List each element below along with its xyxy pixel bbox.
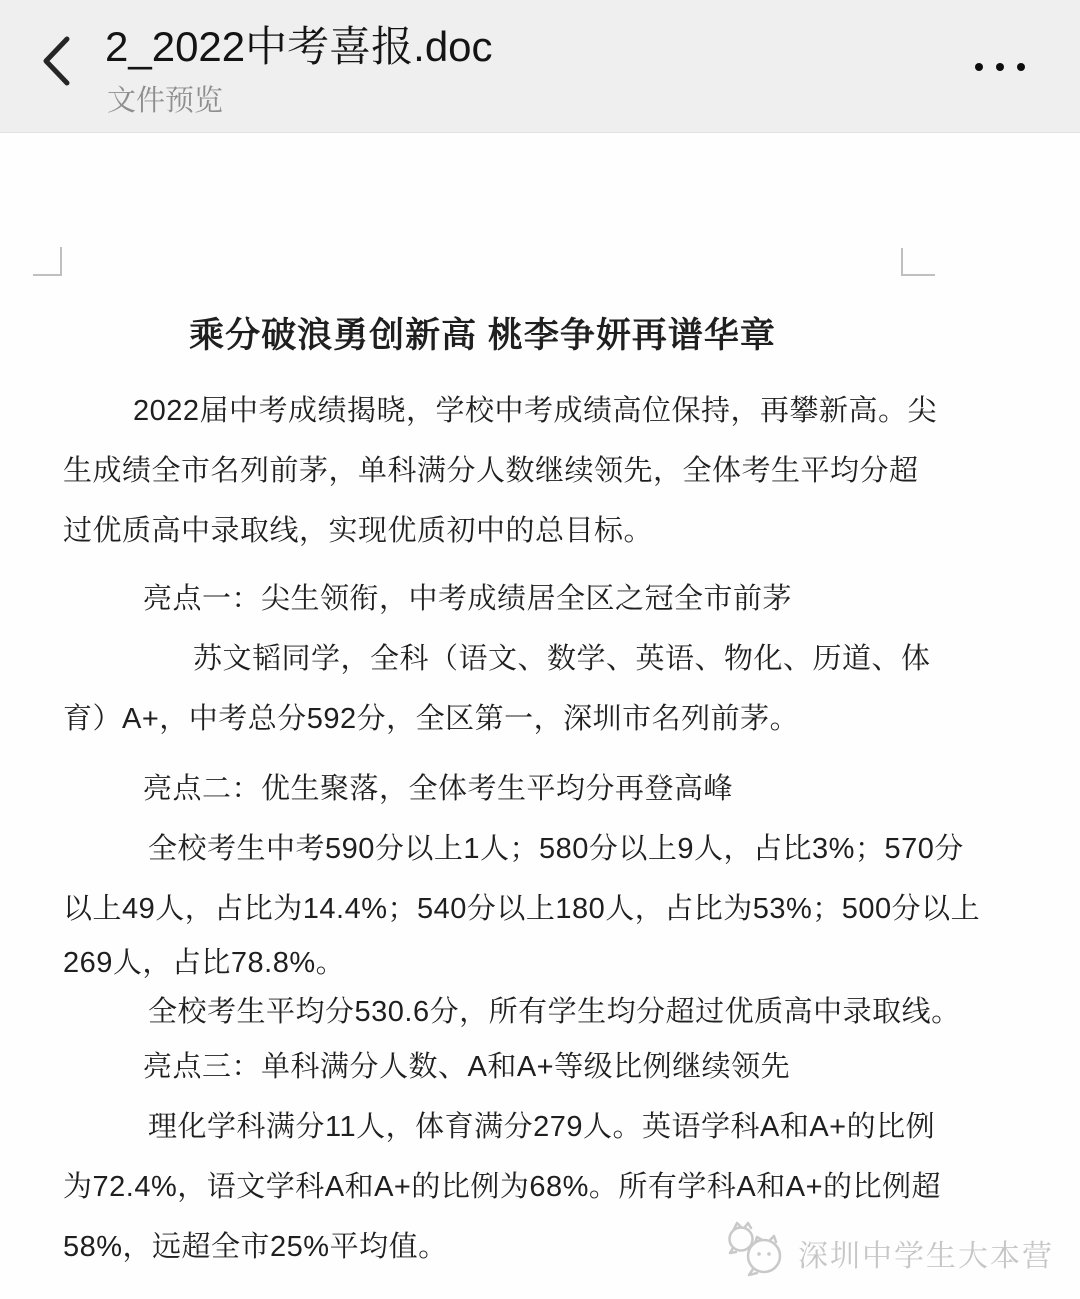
doc-heading: 亮点三：单科满分人数、A和A+等级比例继续领先: [63, 1037, 902, 1097]
file-title: 2_2022中考喜报.doc: [105, 22, 925, 72]
chevron-left-icon: [41, 35, 71, 92]
doc-line: 269人，占比78.8%。: [63, 939, 902, 987]
doc-line: 为72.4%，语文学科A和A+的比例为68%。所有学科A和A+的比例超: [63, 1157, 902, 1217]
ellipsis-icon: [975, 63, 1025, 71]
file-preview-label: 文件预览: [107, 84, 223, 118]
more-options-button[interactable]: [960, 44, 1040, 90]
doc-line: 全校考生中考590分以上1人；580分以上9人，占比3%；570分: [63, 819, 902, 879]
file-preview-header: 2_2022中考喜报.doc 文件预览: [0, 0, 1080, 133]
doc-line: 育）A+，中考总分592分，全区第一，深圳市名列前茅。: [63, 689, 902, 749]
doc-line: 过优质高中录取线，实现优质初中的总目标。: [63, 501, 902, 561]
doc-line: 苏文韬同学，全科（语文、数学、英语、物化、历道、体: [63, 629, 902, 689]
document-page: 乘分破浪勇创新高 桃李争妍再谱华章 2022届中考成绩揭晓，学校中考成绩高位保持…: [0, 134, 1080, 1277]
doc-line: 以上49人，占比为14.4%；540分以上180人，占比为53%；500分以上: [63, 879, 902, 939]
doc-line: 全校考生平均分530.6分，所有学生均分超过优质高中录取线。: [63, 987, 902, 1037]
doc-line: 2022届中考成绩揭晓，学校中考成绩高位保持，再攀新高。尖: [63, 381, 902, 441]
watermark: 深圳中学生大本营: [724, 1220, 1054, 1285]
back-button[interactable]: [30, 30, 82, 96]
file-preview-screen: 2_2022中考喜报.doc 文件预览 乘分破浪勇创新高 桃李争妍再谱华章 20…: [0, 0, 1080, 1299]
doc-heading: 亮点一：尖生领衔，中考成绩居全区之冠全市前茅: [63, 569, 902, 629]
chat-bubbles-mascot-icon: [724, 1220, 788, 1285]
doc-heading: 亮点二：优生聚落，全体考生平均分再登高峰: [63, 759, 902, 819]
doc-line: 理化学科满分11人，体育满分279人。英语学科A和A+的比例: [63, 1097, 902, 1157]
doc-title: 乘分破浪勇创新高 桃李争妍再谱华章: [63, 306, 902, 366]
document-scroll-area[interactable]: 乘分破浪勇创新高 桃李争妍再谱华章 2022届中考成绩揭晓，学校中考成绩高位保持…: [0, 134, 1080, 1299]
watermark-text: 深圳中学生大本营: [798, 1231, 1054, 1275]
doc-line: 生成绩全市名列前茅，单科满分人数继续领先，全体考生平均分超: [63, 441, 902, 501]
